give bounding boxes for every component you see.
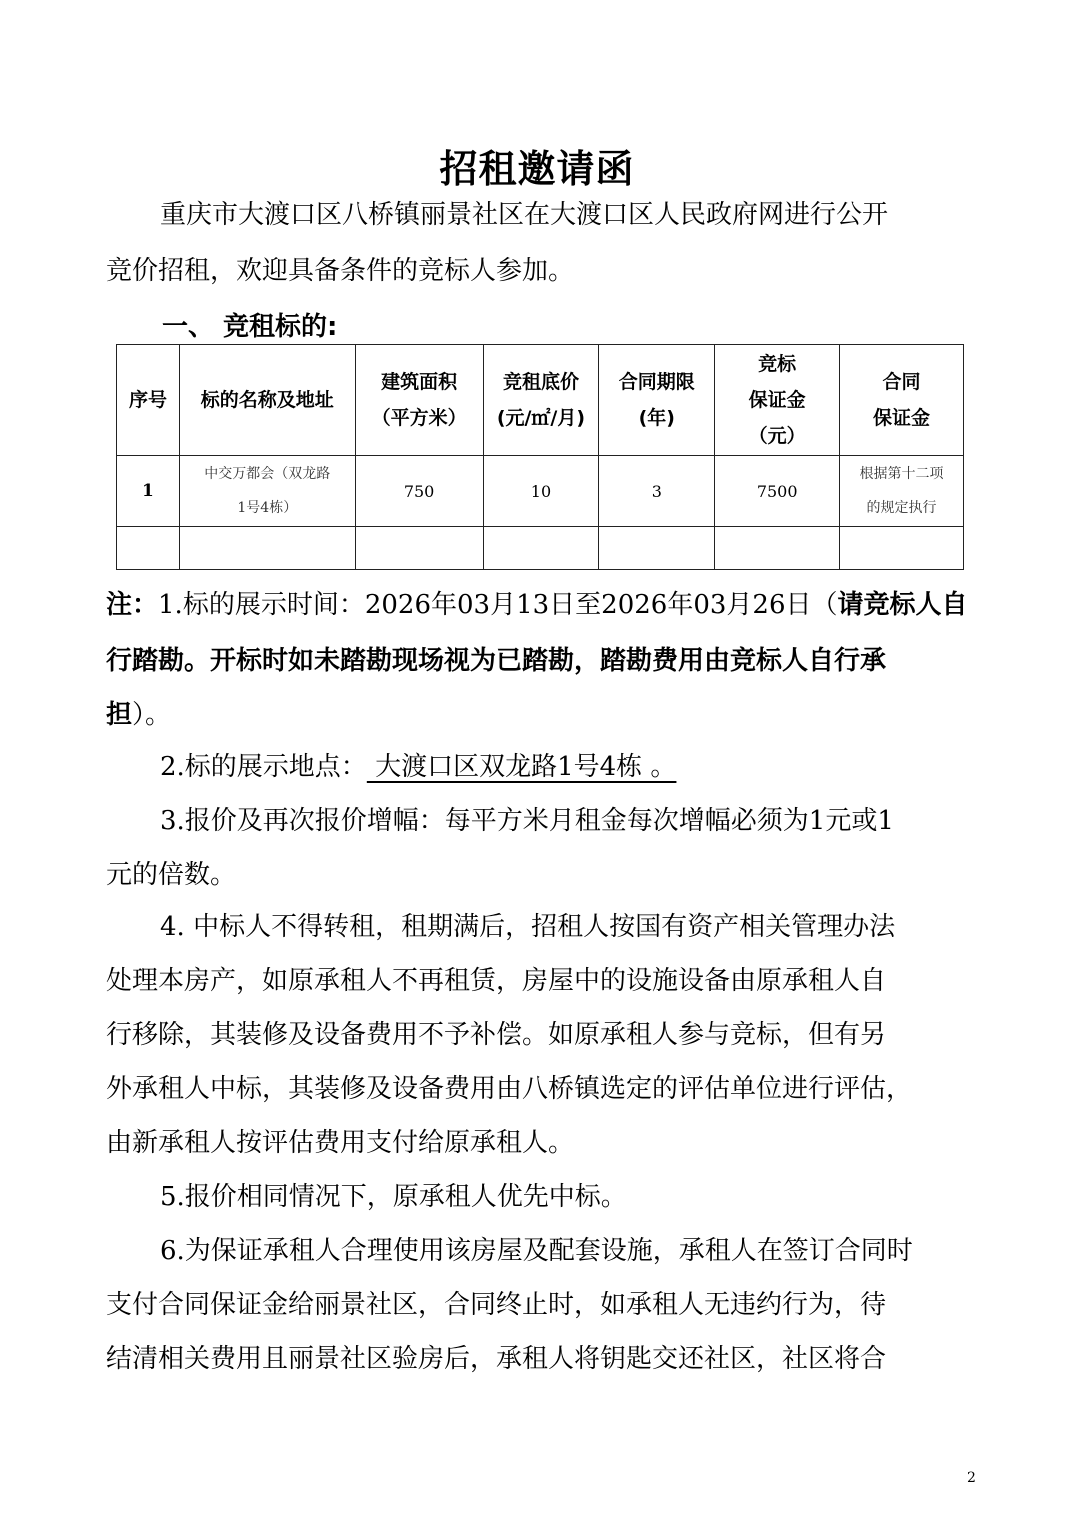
note-4-line-3: 行移除，其装修及设备费用不予补偿。如原承租人参与竞标，但有另 [106,1020,976,1050]
header-bid-deposit: 竞标保证金（元） [715,345,840,456]
cell-index: 1 [117,456,180,527]
display-location: 大渡口区双龙路1号4栋 。 [367,752,677,782]
note-1-line-2: 行踏勘。开标时如未踏勘现场视为已踏勘，踏勘费用由竞标人自行承 [106,646,976,676]
header-index: 序号 [117,345,180,456]
note-1-line-3: 担）。 [106,700,976,730]
intro-line-1: 重庆市大渡口区八桥镇丽景社区在大渡口区人民政府网进行公开 [160,200,1030,230]
note-2: 2.标的展示地点： 大渡口区双龙路1号4栋 。 [160,752,1030,782]
header-term: 合同期限(年) [599,345,715,456]
note-1-line-1: 注：1.标的展示时间：2026年03月13日至2026年03月26日（请竞标人自 [106,590,976,620]
note-4-line-5: 由新承租人按评估费用支付给原承租人。 [106,1128,976,1158]
note-3-line-2: 元的倍数。 [106,860,976,890]
header-name-address: 标的名称及地址 [179,345,355,456]
note-4-line-1: 4. 中标人不得转租，租期满后，招租人按国有资产相关管理办法 [160,912,1030,942]
page-number: 2 [967,1470,976,1486]
note-6-line-1: 6.为保证承租人合理使用该房屋及配套设施，承租人在签订合同时 [160,1236,1030,1266]
note-6-line-2: 支付合同保证金给丽景社区，合同终止时，如承租人无违约行为，待 [106,1290,976,1320]
note-6-line-3: 结清相关费用且丽景社区验房后，承租人将钥匙交还社区，社区将合 [106,1344,976,1374]
cell-term: 3 [599,456,715,527]
rental-items-table: 序号 标的名称及地址 建筑面积（平方米） 竞租底价(元/㎡/月) 合同期限(年)… [116,344,964,570]
note-4-line-2: 处理本房产，如原承租人不再租赁，房屋中的设施设备由原承租人自 [106,966,976,996]
note-3-line-1: 3.报价及再次报价增幅：每平方米月租金每次增幅必须为1元或1 [160,806,1030,836]
table-row: 1 中交万都会（双龙路1号4栋） 750 10 3 7500 根据第十二项的规定… [117,456,964,527]
header-base-price: 竞租底价(元/㎡/月) [483,345,599,456]
note-4-line-4: 外承租人中标，其装修及设备费用由八桥镇选定的评估单位进行评估， [106,1074,976,1104]
header-contract-deposit: 合同保证金 [840,345,964,456]
document-title: 招租邀请函 [0,138,1074,193]
table-header-row: 序号 标的名称及地址 建筑面积（平方米） 竞租底价(元/㎡/月) 合同期限(年)… [117,345,964,456]
note-5: 5.报价相同情况下，原承租人优先中标。 [160,1182,1030,1212]
cell-area: 750 [355,456,483,527]
intro-line-2: 竞价招租，欢迎具备条件的竞标人参加。 [106,256,976,286]
table-row-empty [117,527,964,570]
cell-base-price: 10 [483,456,599,527]
section-heading: 一、 竞租标的: [162,312,1032,342]
cell-bid-deposit: 7500 [715,456,840,527]
cell-name-address: 中交万都会（双龙路1号4栋） [179,456,355,527]
cell-contract-deposit: 根据第十二项的规定执行 [840,456,964,527]
header-area: 建筑面积（平方米） [355,345,483,456]
